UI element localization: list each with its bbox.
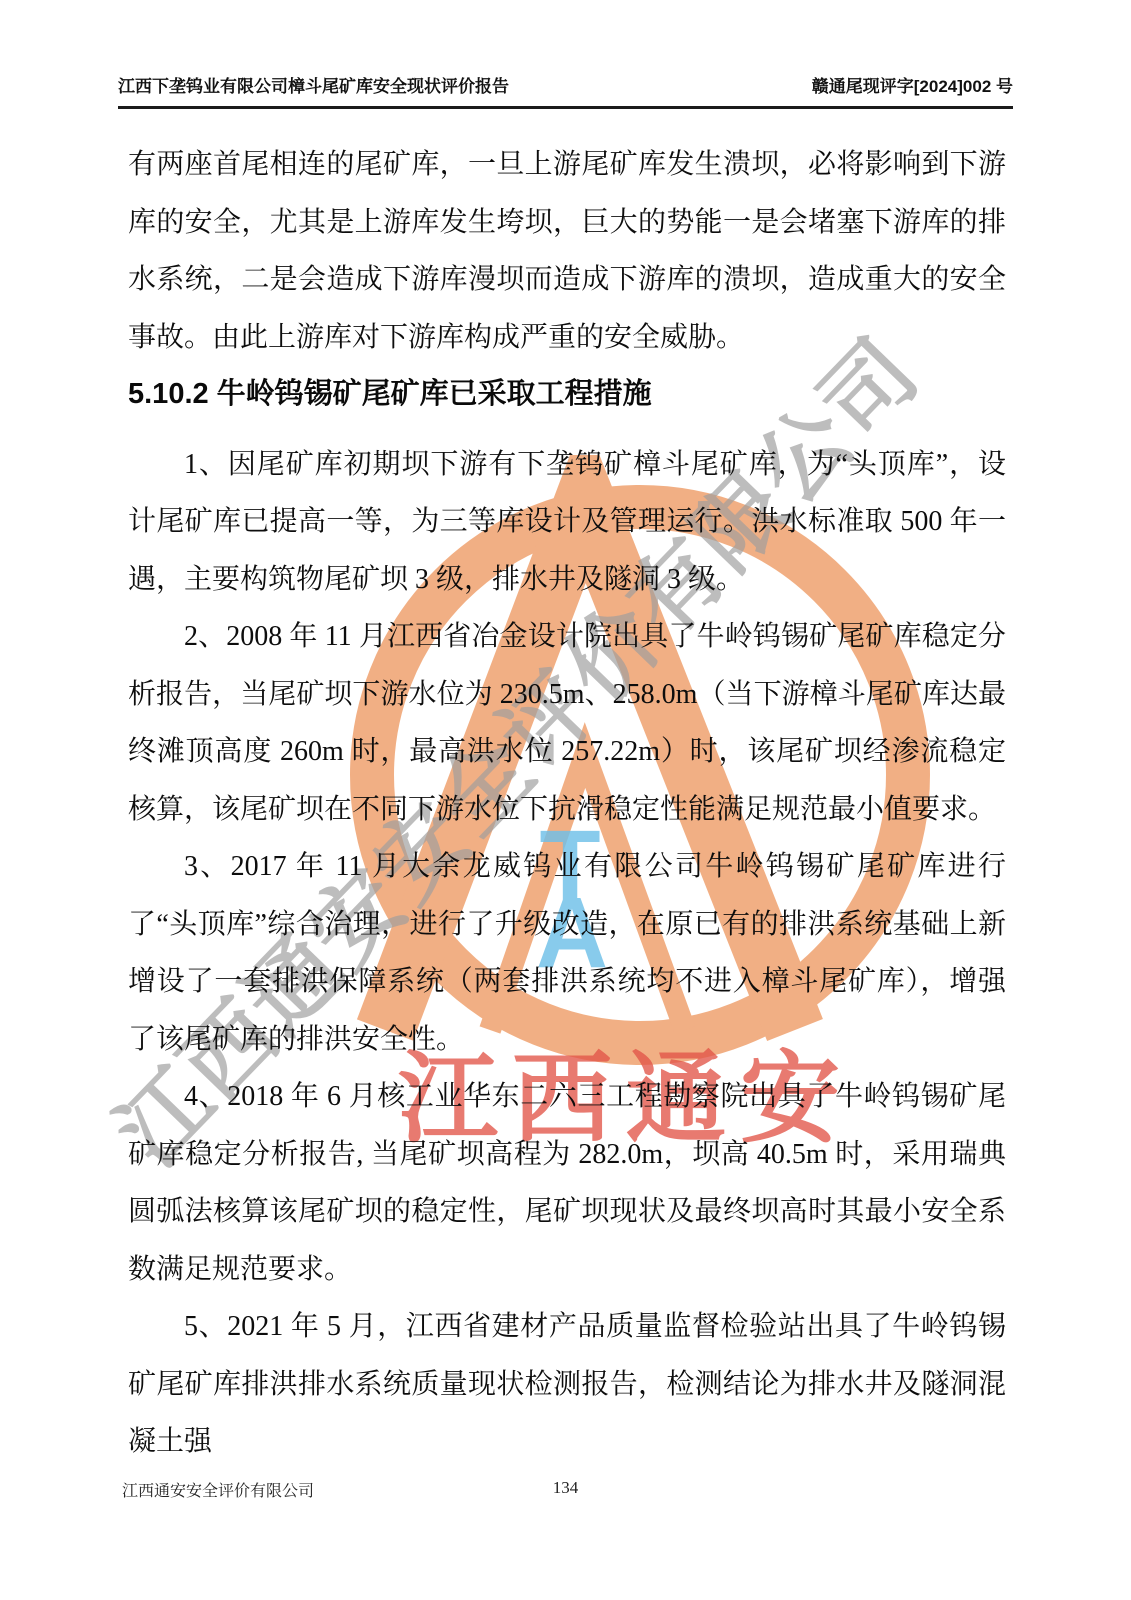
- numbered-paragraph-2: 2、2008 年 11 月江西省冶金设计院出具了牛岭钨锡矿尾矿库稳定分析报告，当…: [128, 608, 1006, 838]
- numbered-paragraph-1: 1、因尾矿库初期坝下游有下垄钨矿樟斗尾矿库，为“头顶库”，设计尾矿库已提高一等，…: [128, 436, 1006, 609]
- numbered-paragraph-3: 3、2017 年 11 月大余龙威钨业有限公司牛岭钨锡矿尾矿库进行了“头顶库”综…: [128, 838, 1006, 1068]
- numbered-paragraph-4: 4、2018 年 6 月核工业华东二六三工程勘察院出具了牛岭钨锡矿尾矿库稳定分析…: [128, 1068, 1006, 1298]
- document-page: T A 江西通安安全评价有限公司 江西通安 江西下垄钨业有限公司樟斗尾矿库安全现…: [0, 0, 1131, 1600]
- numbered-paragraph-5: 5、2021 年 5 月，江西省建材产品质量监督检验站出具了牛岭钨锡矿尾矿库排洪…: [128, 1298, 1006, 1471]
- header-document-number: 赣通尾现评字[2024]002 号: [812, 72, 1013, 97]
- header-report-title: 江西下垄钨业有限公司樟斗尾矿库安全现状评价报告: [118, 72, 509, 97]
- page-number: 134: [0, 1478, 1131, 1498]
- page-footer: 江西通安安全评价有限公司 134: [0, 1478, 1131, 1502]
- page-body: 有两座首尾相连的尾矿库，一旦上游尾矿库发生溃坝，必将影响到下游库的安全，尤其是上…: [128, 136, 1006, 1471]
- page-header: 江西下垄钨业有限公司樟斗尾矿库安全现状评价报告 赣通尾现评字[2024]002 …: [118, 72, 1013, 109]
- intro-paragraph: 有两座首尾相连的尾矿库，一旦上游尾矿库发生溃坝，必将影响到下游库的安全，尤其是上…: [128, 136, 1006, 366]
- section-heading: 5.10.2 牛岭钨锡矿尾矿库已采取工程措施: [128, 366, 1006, 424]
